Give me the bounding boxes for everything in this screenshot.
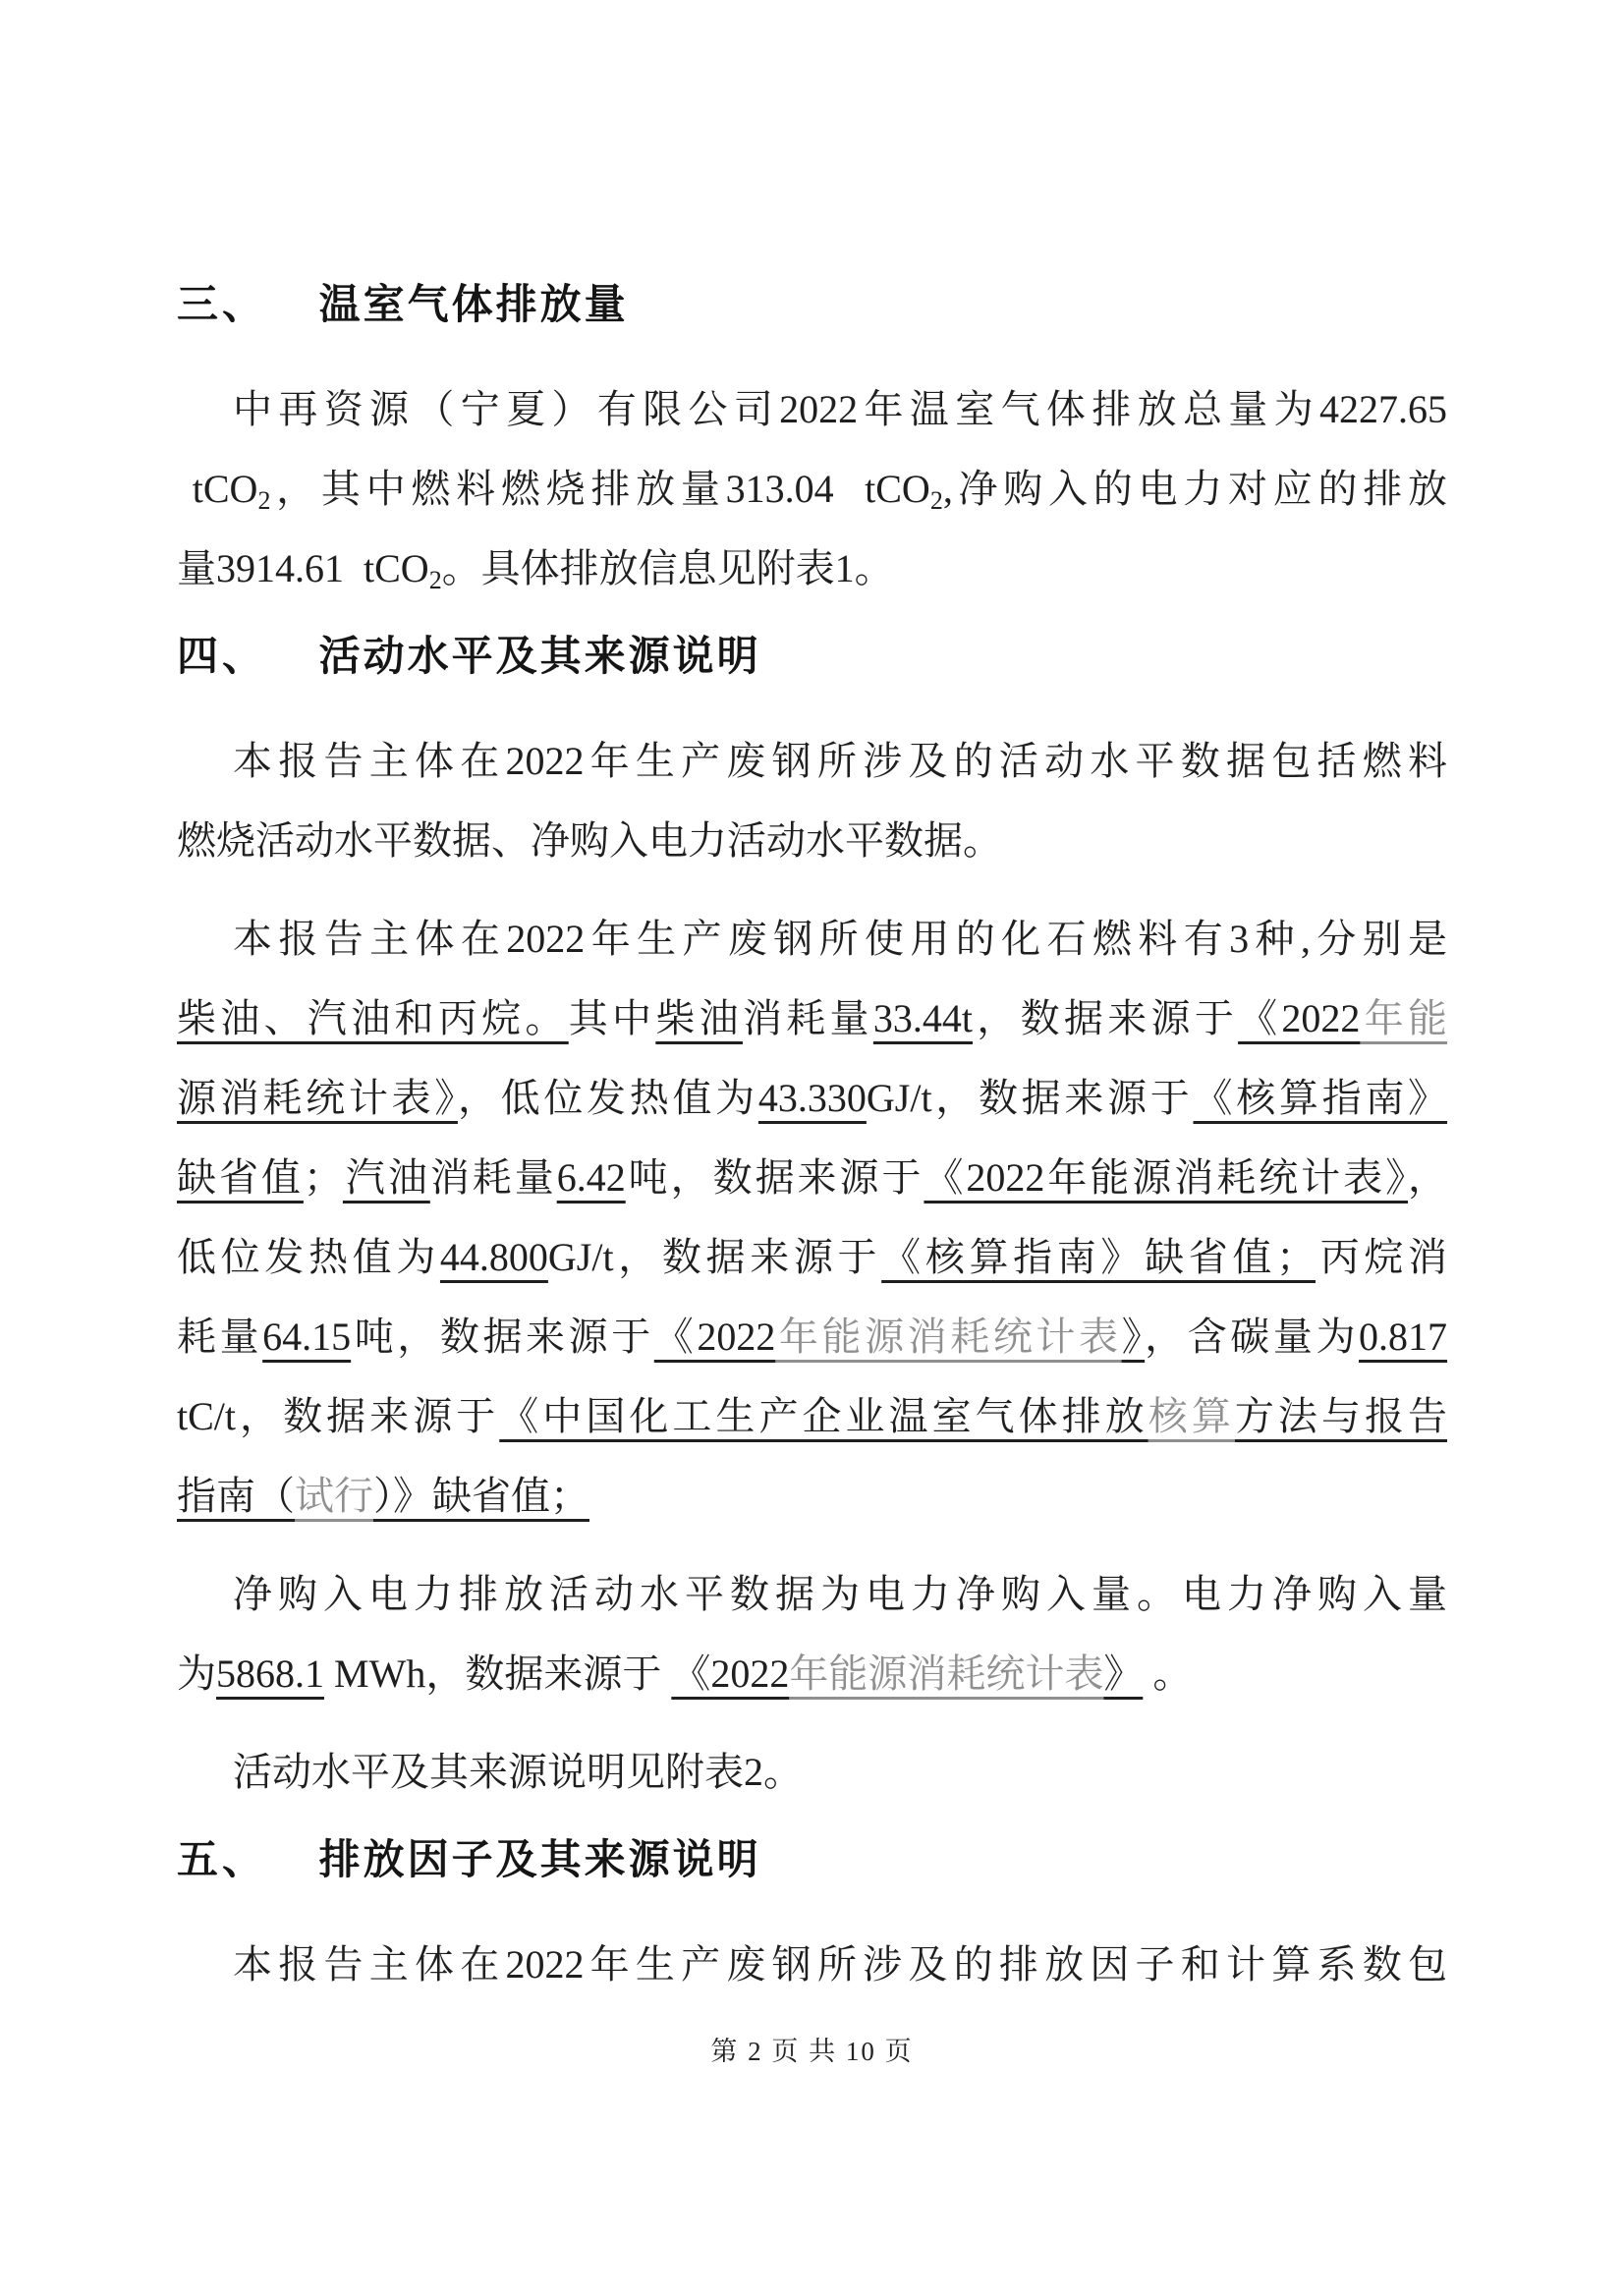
paragraph-total-emissions: 中再资源（宁夏）有限公司2022年温室气体排放总量为4227.65 tCO2，其… bbox=[177, 369, 1447, 608]
section-number: 四、 bbox=[177, 632, 267, 680]
text-segment: 》 bbox=[1103, 1651, 1143, 1696]
text-line: 指南（试行）》缺省值； bbox=[177, 1456, 1447, 1536]
section-title: 排放因子及其来源说明 bbox=[319, 1835, 761, 1883]
text-segment: 耗量 bbox=[177, 1315, 262, 1359]
text-segment: 试行 bbox=[295, 1474, 373, 1518]
text-segment: ，数据来源于 bbox=[973, 996, 1238, 1040]
text-segment: tC/t，数据来源于 bbox=[177, 1394, 499, 1438]
text-segment: 年能源消耗统计表 bbox=[789, 1651, 1103, 1696]
text-segment: 低位发热值为 bbox=[177, 1235, 440, 1279]
section-heading-5: 五、 排放因子及其来源说明 bbox=[177, 1830, 1447, 1889]
text-segment: 。 bbox=[1143, 1651, 1192, 1696]
text-segment: 吨，数据来源于 bbox=[351, 1315, 654, 1359]
text-segment: 为 bbox=[177, 1651, 216, 1696]
text-line: 低位发热值为44.800GJ/t，数据来源于《核算指南》缺省值；丙烷消 bbox=[177, 1217, 1447, 1297]
text-segment: 指南（ bbox=[177, 1474, 295, 1518]
section-number: 三、 bbox=[177, 280, 267, 328]
text-line: 燃烧活动水平数据、净购入电力活动水平数据。 bbox=[177, 801, 1447, 880]
text-segment: 柴油、汽油和丙烷。 bbox=[177, 996, 569, 1040]
paragraph-fossil-fuels: 本报告主体在2022年生产废钢所使用的化石燃料有3种,分别是 柴油、汽油和丙烷。… bbox=[177, 899, 1447, 1536]
paragraph-activity-data-overview: 本报告主体在2022年生产废钢所涉及的活动水平数据包括燃料 燃烧活动水平数据、净… bbox=[177, 721, 1447, 880]
text-segment: 本报告主体在2022年生产废钢所涉及的活动水平数据包括燃料 bbox=[233, 739, 1447, 783]
text-segment: 中再资源（宁夏）有限公司2022年温室气体排放总量为4227.65 bbox=[233, 387, 1447, 431]
text-line: 耗量64.15吨，数据来源于《2022年能源消耗统计表》，含碳量为0.817 bbox=[177, 1297, 1447, 1376]
text-line: 量3914.61 tCO2。具体排放信息见附表1。 bbox=[177, 529, 1447, 608]
text-segment: 丙烷消 bbox=[1316, 1235, 1447, 1279]
text-line: tC/t，数据来源于《中国化工生产企业温室气体排放核算方法与报告 bbox=[177, 1376, 1447, 1456]
text-segment: 5868.1 bbox=[216, 1651, 324, 1696]
text-segment: 44.800 bbox=[440, 1235, 548, 1279]
text-line: tCO2，其中燃料燃烧排放量313.04 tCO2,净购入的电力对应的排放 bbox=[177, 449, 1447, 529]
text-line: 净购入电力排放活动水平数据为电力净购入量。电力净购入量 bbox=[177, 1554, 1447, 1634]
text-segment: 汽油 bbox=[343, 1155, 430, 1200]
section-heading-3: 三、 温室气体排放量 bbox=[177, 275, 1447, 334]
section-title: 温室气体排放量 bbox=[319, 280, 629, 328]
text-segment: 2 bbox=[930, 486, 943, 515]
section-number: 五、 bbox=[177, 1835, 267, 1883]
text-line: 活动水平及其来源说明见附表2。 bbox=[177, 1732, 1447, 1812]
text-segment: 源消耗统计表》 bbox=[177, 1076, 458, 1120]
text-segment: 《核算指南》 bbox=[1194, 1076, 1448, 1120]
text-segment: 《2022年能源消耗统计表》 bbox=[924, 1155, 1408, 1200]
paragraph-emission-factors: 本报告主体在2022年生产废钢所涉及的排放因子和计算系数包 bbox=[177, 1925, 1447, 2004]
text-segment: ,净购入的电力对应的排放 bbox=[943, 467, 1447, 511]
text-segment: 本报告主体在2022年生产废钢所使用的化石燃料有3种,分别是 bbox=[233, 917, 1447, 961]
paragraph-purchased-electricity: 净购入电力排放活动水平数据为电力净购入量。电力净购入量 为5868.1 MWh，… bbox=[177, 1554, 1447, 1713]
text-segment: 年能 bbox=[1360, 996, 1447, 1040]
text-segment: 本报告主体在2022年生产废钢所涉及的排放因子和计算系数包 bbox=[233, 1942, 1447, 1987]
text-segment: 0.817 bbox=[1359, 1315, 1447, 1359]
text-line: 本报告主体在2022年生产废钢所使用的化石燃料有3种,分别是 bbox=[177, 899, 1447, 979]
text-segment: GJ/t，数据来源于 bbox=[867, 1076, 1194, 1120]
text-segment: 方法与报告 bbox=[1235, 1394, 1447, 1438]
text-segment: 活动水平及其来源说明见附表2。 bbox=[233, 1750, 803, 1794]
text-segment: 2 bbox=[257, 486, 270, 515]
text-line: 缺省值；汽油消耗量6.42吨，数据来源于《2022年能源消耗统计表》， bbox=[177, 1138, 1447, 1217]
text-segment: 》 bbox=[1122, 1315, 1146, 1359]
text-segment: ； bbox=[304, 1155, 343, 1200]
text-segment: ，其中燃料燃烧排放量313.04 tCO bbox=[270, 467, 929, 511]
text-segment: 《中国化工生产企业温室气体排放 bbox=[499, 1394, 1148, 1438]
text-segment: GJ/t，数据来源于 bbox=[548, 1235, 881, 1279]
text-line: 中再资源（宁夏）有限公司2022年温室气体排放总量为4227.65 bbox=[177, 369, 1447, 449]
text-segment: 缺省值 bbox=[177, 1155, 304, 1200]
text-segment: 。具体排放信息见附表1。 bbox=[442, 546, 894, 590]
text-segment: 柴油 bbox=[655, 996, 743, 1040]
page-footer: 第 2 页 共 10 页 bbox=[177, 2030, 1447, 2068]
text-line: 源消耗统计表》，低位发热值为43.330GJ/t，数据来源于《核算指南》 bbox=[177, 1058, 1447, 1138]
text-line: 本报告主体在2022年生产废钢所涉及的活动水平数据包括燃料 bbox=[177, 721, 1447, 801]
document-page: 三、 温室气体排放量 中再资源（宁夏）有限公司2022年温室气体排放总量为422… bbox=[0, 0, 1624, 2295]
text-segment: 年能源消耗统计表 bbox=[775, 1315, 1121, 1359]
text-segment: 消耗量 bbox=[743, 996, 873, 1040]
page-number: 第 2 页 共 10 页 bbox=[710, 2037, 913, 2066]
text-segment: ， bbox=[1408, 1155, 1447, 1200]
text-segment: MWh，数据来源于 bbox=[324, 1651, 671, 1696]
text-segment: 核算 bbox=[1148, 1394, 1235, 1438]
text-segment: 量3914.61 tCO bbox=[177, 546, 429, 590]
text-line: 本报告主体在2022年生产废钢所涉及的排放因子和计算系数包 bbox=[177, 1925, 1447, 2004]
text-segment: 43.330 bbox=[758, 1076, 867, 1120]
text-segment: 《2022 bbox=[1238, 996, 1360, 1040]
text-line: 为5868.1 MWh，数据来源于 《2022年能源消耗统计表》 。 bbox=[177, 1634, 1447, 1713]
text-segment: 《核算指南》缺省值； bbox=[881, 1235, 1316, 1279]
text-segment: tCO bbox=[177, 467, 257, 511]
text-segment: 净购入电力排放活动水平数据为电力净购入量。电力净购入量 bbox=[233, 1572, 1447, 1616]
text-segment: 燃烧活动水平数据、净购入电力活动水平数据。 bbox=[177, 818, 1002, 863]
text-segment: ，低位发热值为 bbox=[458, 1076, 758, 1120]
text-segment: 2 bbox=[429, 566, 442, 594]
text-segment: ，含碳量为 bbox=[1145, 1315, 1359, 1359]
text-segment: 6.42 bbox=[557, 1155, 626, 1200]
text-segment: 消耗量 bbox=[430, 1155, 557, 1200]
text-segment: 吨，数据来源于 bbox=[626, 1155, 924, 1200]
text-segment: 《2022 bbox=[671, 1651, 789, 1696]
text-segment: 33.44t bbox=[873, 996, 973, 1040]
section-heading-4: 四、 活动水平及其来源说明 bbox=[177, 627, 1447, 686]
text-line: 柴油、汽油和丙烷。其中柴油消耗量33.44t，数据来源于《2022年能 bbox=[177, 979, 1447, 1058]
paragraph-activity-table-ref: 活动水平及其来源说明见附表2。 bbox=[177, 1732, 1447, 1812]
text-segment: 《2022 bbox=[654, 1315, 776, 1359]
text-segment: 64.15 bbox=[262, 1315, 351, 1359]
section-title: 活动水平及其来源说明 bbox=[319, 632, 761, 680]
text-segment: 其中 bbox=[569, 996, 656, 1040]
text-segment: ）》缺省值； bbox=[373, 1474, 589, 1518]
